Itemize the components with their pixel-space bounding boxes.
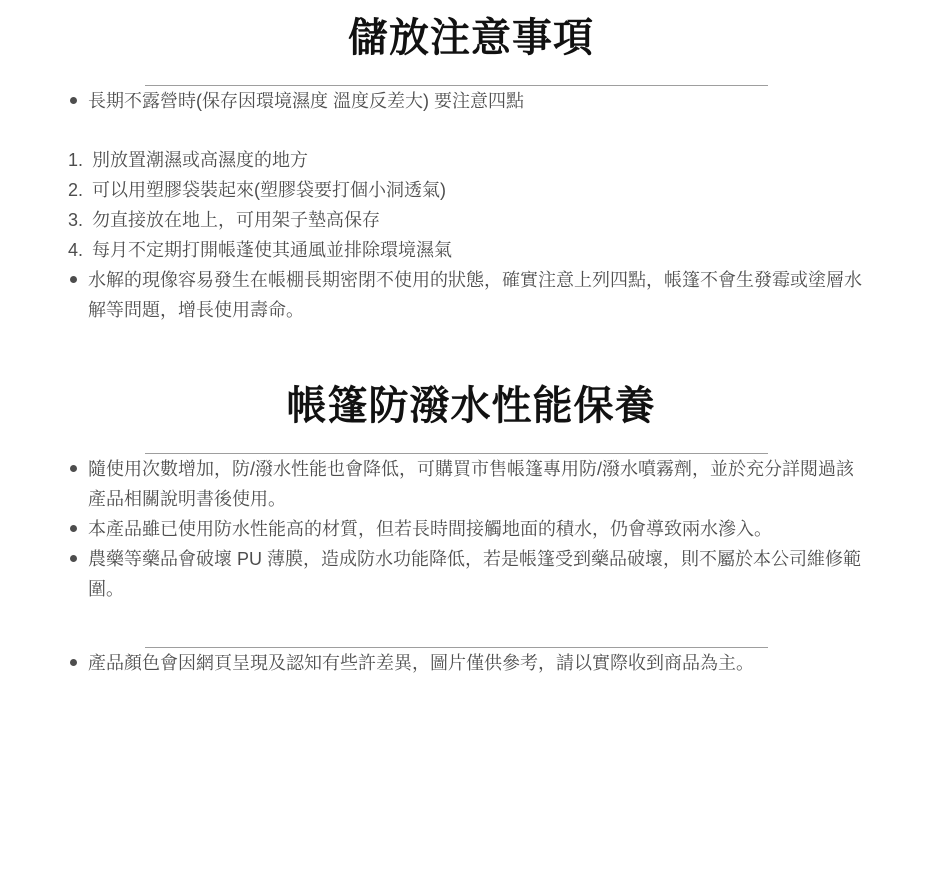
storage-point-1: 別放置潮濕或高濕度的地方 [88,145,868,175]
maintenance-list: 隨使用次數增加，防/潑水性能也會降低，可購買市售帳篷專用防/潑水噴霧劑，並於充分… [0,454,942,604]
storage-point-3: 勿直接放在地上，可用架子墊高保存 [88,205,868,235]
storage-section-title: 儲放注意事項 [0,0,942,62]
maintenance-section-title: 帳篷防潑水性能保養 [0,382,942,430]
storage-intro-list: 長期不露營時(保存因環境濕度 溫度反差大) 要注意四點 [0,86,942,116]
product-description-page: 儲放注意事項 長期不露營時(保存因環境濕度 溫度反差大) 要注意四點 別放置潮濕… [0,0,942,869]
maintenance-bullet-1: 隨使用次數增加，防/潑水性能也會降低，可購買市售帳篷專用防/潑水噴霧劑，並於充分… [88,454,868,514]
storage-numbered-list: 別放置潮濕或高濕度的地方 可以用塑膠袋裝起來(塑膠袋要打個小洞透氣) 勿直接放在… [0,145,942,265]
storage-point-4: 每月不定期打開帳蓬使其通風並排除環境濕氣 [88,235,868,265]
storage-intro-bullet: 長期不露營時(保存因環境濕度 溫度反差大) 要注意四點 [88,86,868,116]
footer-note-bullet: 產品顏色會因網頁呈現及認知有些許差異，圖片僅供參考，請以實際收到商品為主。 [88,648,868,678]
storage-point-2: 可以用塑膠袋裝起來(塑膠袋要打個小洞透氣) [88,175,868,205]
storage-closing-bullet: 水解的現像容易發生在帳棚長期密閉不使用的狀態，確實注意上列四點，帳篷不會生發霉或… [88,265,868,325]
storage-closing-list: 水解的現像容易發生在帳棚長期密閉不使用的狀態，確實注意上列四點，帳篷不會生發霉或… [0,265,942,325]
maintenance-bullet-2: 本產品雖已使用防水性能高的材質，但若長時間接觸地面的積水，仍會導致兩水滲入。 [88,514,868,544]
maintenance-bullet-3: 農藥等藥品會破壞 PU 薄膜，造成防水功能降低，若是帳篷受到藥品破壞，則不屬於本… [88,544,868,604]
footer-note-list: 產品顏色會因網頁呈現及認知有些許差異，圖片僅供參考，請以實際收到商品為主。 [0,648,942,678]
